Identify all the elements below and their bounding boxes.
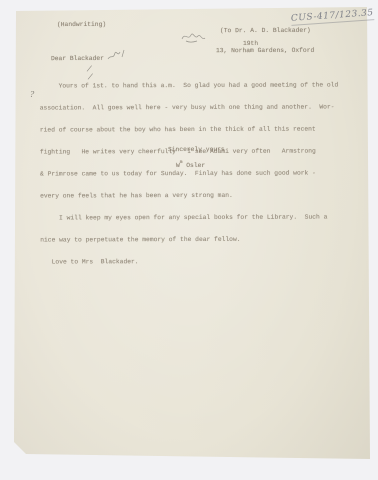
signature-surname: Osler xyxy=(182,162,205,169)
pencil-scribble-month xyxy=(180,29,206,45)
closing: Sincerely yours xyxy=(168,146,225,154)
signature: Wm Osler xyxy=(176,159,205,169)
body-line: association. All goes well here - very b… xyxy=(40,103,339,111)
body-line: I will keep my eyes open for any special… xyxy=(40,213,339,221)
letter-body: Yours of 1st. to hand this a.m. So glad … xyxy=(40,66,339,280)
margin-question-mark: ? xyxy=(30,90,34,99)
handwriting-note: (Handwriting) xyxy=(57,21,106,29)
pencil-scribble-salutation xyxy=(106,48,126,62)
body-line: & Primrose came to us today for Sunday. … xyxy=(40,169,339,177)
body-line: every one feels that he has been a very … xyxy=(40,191,339,199)
salutation: Dear Blackader xyxy=(51,55,104,63)
body-line: Love to Mrs Blackader. xyxy=(40,257,339,265)
body-line: ried of course about the boy who has bee… xyxy=(40,125,339,133)
body-line: Yours of 1st. to hand this a.m. So glad … xyxy=(40,81,339,89)
letter-address: 13, Norham Gardens, Oxford xyxy=(216,47,314,55)
body-line: nice way to perpetuate the memory of the… xyxy=(40,235,339,243)
scanned-letter: CUS-417/123.35 (Handwriting) (To Dr. A. … xyxy=(0,0,378,480)
recipient-note: (To Dr. A. D. Blackader) xyxy=(220,27,311,35)
